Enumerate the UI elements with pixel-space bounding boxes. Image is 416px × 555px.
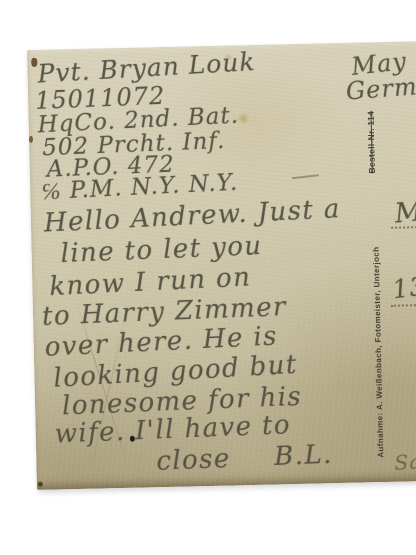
photo-background: Pvt. Bryan Louk 15011072 HqCo. 2nd. Bat.… — [0, 0, 416, 555]
bottom-note: Salz — [394, 448, 416, 475]
printed-order-number: Bestell-Nr. 114 — [365, 89, 379, 195]
edge-speck — [38, 482, 43, 487]
photographer-credit: Aufnahme: A. Weißenbach, Fotomeister, Un… — [371, 222, 389, 482]
ink-blot — [130, 436, 135, 442]
address-entry: 13 — [391, 271, 416, 304]
message-line: close B.L. — [156, 440, 333, 477]
edge-speck — [29, 136, 33, 143]
pencil-dash — [292, 174, 319, 179]
date-line: Germ — [345, 72, 416, 105]
edge-speck — [31, 58, 37, 67]
postcard: Pvt. Bryan Louk 15011072 HqCo. 2nd. Bat.… — [27, 41, 416, 490]
address-entry: M — [393, 196, 416, 230]
stain — [236, 113, 250, 124]
